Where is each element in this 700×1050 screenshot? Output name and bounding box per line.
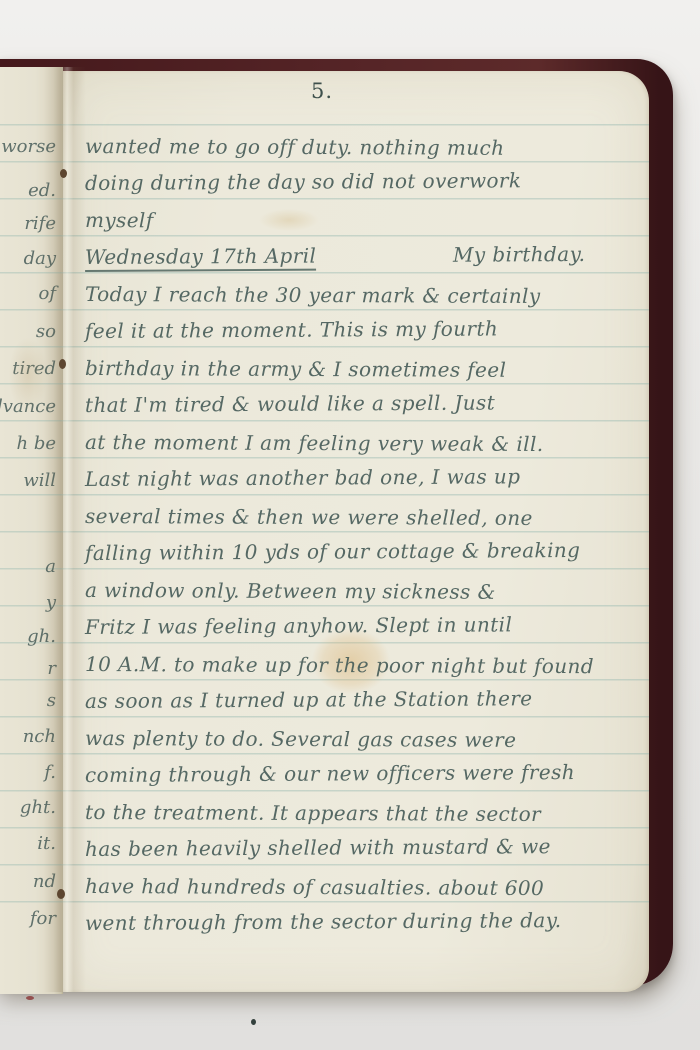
diary-line: several times & then we were shelled, on… xyxy=(85,504,645,530)
fold-speck xyxy=(57,889,65,899)
diary-line: birthday in the army & I sometimes feel xyxy=(85,356,645,382)
diary-line: wanted me to go off duty. nothing much xyxy=(85,134,645,160)
diary-line: was plenty to do. Several gas cases were xyxy=(85,726,645,752)
diary-line: to the treatment. It appears that the se… xyxy=(85,800,645,826)
diary-page: 5. wanted me to go off duty. nothing muc… xyxy=(63,71,649,992)
left-page-fragment: of xyxy=(39,283,57,304)
diary-line: that I'm tired & would like a spell. Jus… xyxy=(85,390,645,417)
diary-scan: { "diary": { "page_number": "5.", "lines… xyxy=(0,0,700,1050)
left-page-fragment: it. xyxy=(37,833,56,854)
diary-line: Fritz I was feeling anyhow. Slept in unt… xyxy=(85,612,645,639)
diary-line: doing during the day so did not overwork xyxy=(85,168,645,195)
left-page-fragment: ght. xyxy=(20,797,56,818)
heading-note: My birthday. xyxy=(453,242,585,267)
left-page-fragment: s xyxy=(47,690,56,711)
fold-speck xyxy=(59,359,66,369)
diary-line: at the moment I am feeling very weak & i… xyxy=(85,430,645,456)
left-page-fragment: so xyxy=(36,321,56,342)
left-page-fragment: y xyxy=(46,592,56,613)
left-page-fragment: dvance xyxy=(0,396,56,417)
diary-line: have had hundreds of casualties. about 6… xyxy=(85,874,645,900)
left-page-fragment: a xyxy=(45,556,56,577)
page-number: 5. xyxy=(311,79,333,103)
ink-blot xyxy=(251,1019,256,1025)
left-page-fragment: worse xyxy=(1,136,56,157)
left-page-fragment: will xyxy=(23,470,56,491)
left-page-fragment: ed. xyxy=(28,180,56,201)
diary-line: coming through & our new officers were f… xyxy=(85,760,645,787)
left-page-fragment: nch xyxy=(23,726,56,747)
fold-speck xyxy=(60,169,67,178)
left-page-fragment: for xyxy=(30,908,56,929)
left-page-fragment: rife xyxy=(24,213,56,234)
diary-line: a window only. Between my sickness & xyxy=(85,578,645,604)
left-page-fragment: nd xyxy=(33,871,56,892)
diary-line: went through from the sector during the … xyxy=(85,908,645,935)
left-page-fragment: day xyxy=(24,248,56,269)
diary-line: Today I reach the 30 year mark & certain… xyxy=(85,282,645,308)
left-page-fragment: r xyxy=(47,658,56,679)
red-mark xyxy=(26,996,34,1000)
left-page-fragment: h be xyxy=(17,433,57,454)
left-page-fragment: tired xyxy=(12,358,56,379)
left-page-fragment: gh. xyxy=(27,626,56,647)
diary-line: Last night was another bad one, I was up xyxy=(85,464,645,491)
diary-line: feel it at the moment. This is my fourth xyxy=(85,316,645,343)
heading-date: Wednesday 17th April xyxy=(85,244,316,272)
diary-line: myself xyxy=(85,208,645,234)
diary-line: 10 A.M. to make up for the poor night bu… xyxy=(85,652,645,678)
previous-page-edge: worse ed. rife day of so tired dvance h … xyxy=(0,67,63,994)
diary-line: has been heavily shelled with mustard & … xyxy=(85,834,645,861)
diary-line: falling within 10 yds of our cottage & b… xyxy=(85,538,645,565)
diary-line: as soon as I turned up at the Station th… xyxy=(85,686,645,713)
left-page-fragment: f. xyxy=(44,762,56,783)
diary-heading-line: Wednesday 17th April My birthday. xyxy=(85,242,645,269)
